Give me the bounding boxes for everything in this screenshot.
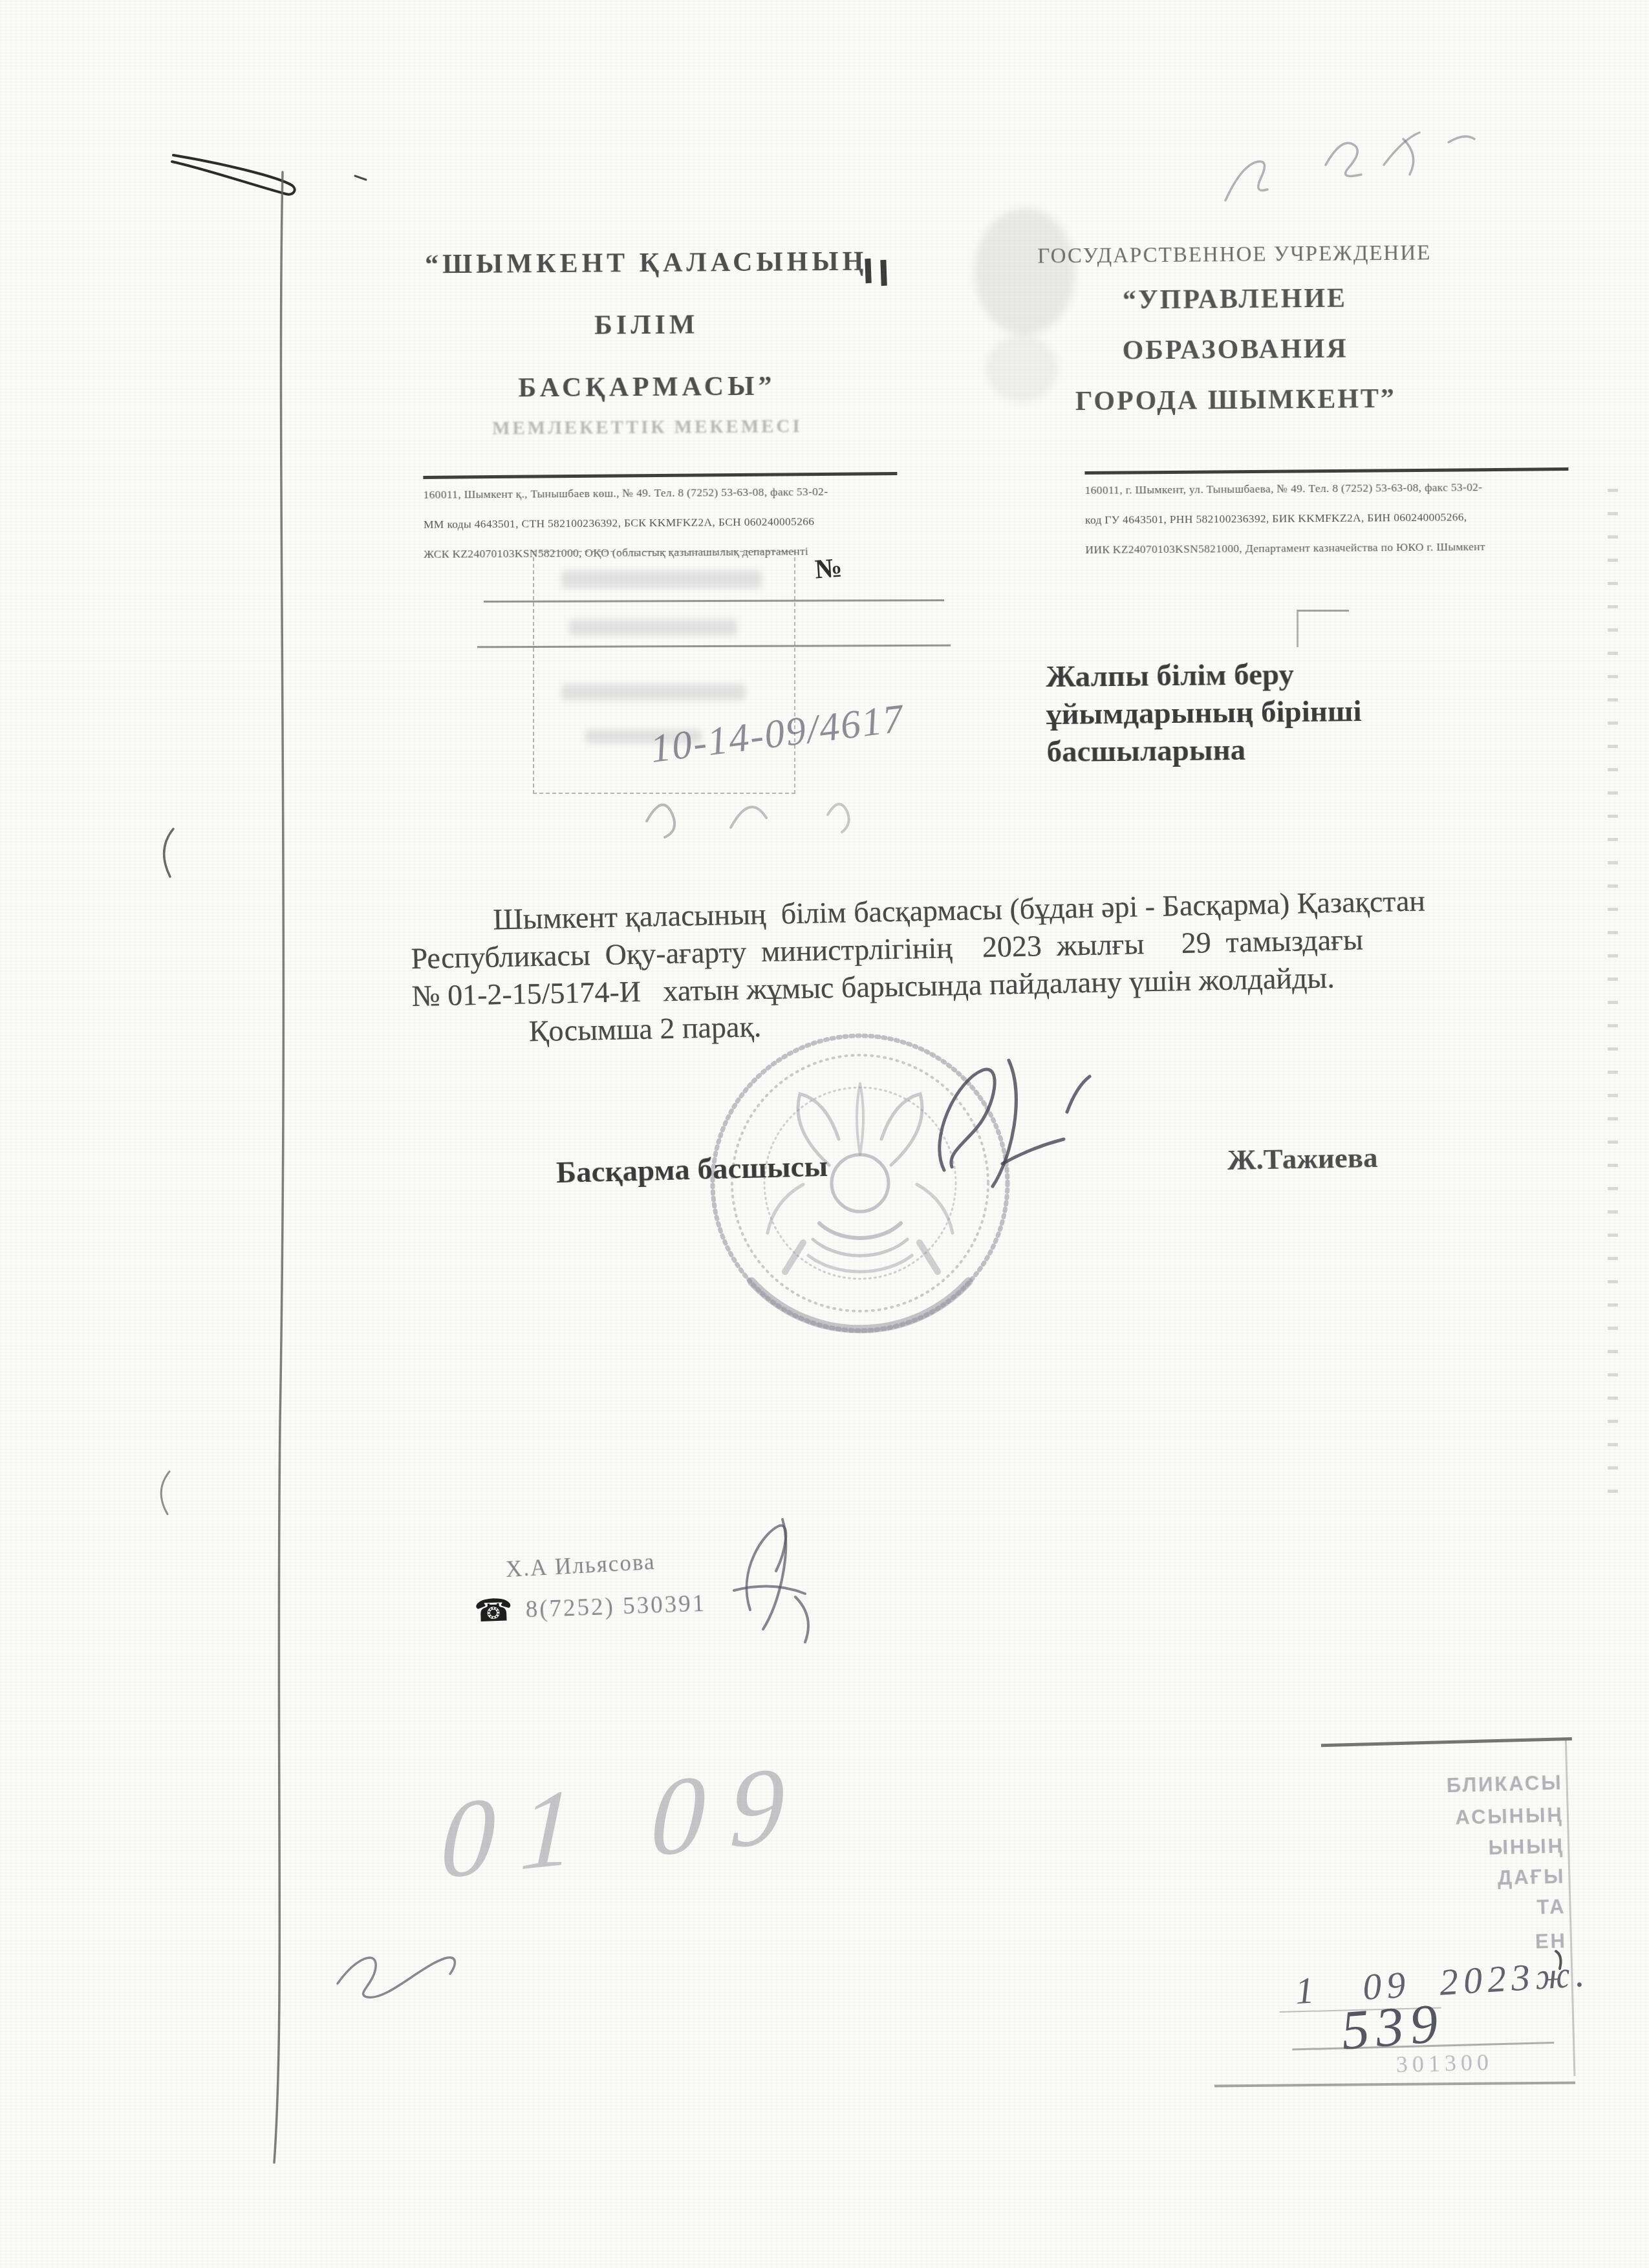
scan-edge-noise	[1608, 489, 1618, 1497]
scan-artifacts	[0, 0, 1649, 2268]
scanned-letter-page: “ШЫМКЕНТ ҚАЛАСЫНЫҢ БІЛІМ БАСҚАРМАСЫ” МЕМ…	[0, 0, 1649, 2268]
